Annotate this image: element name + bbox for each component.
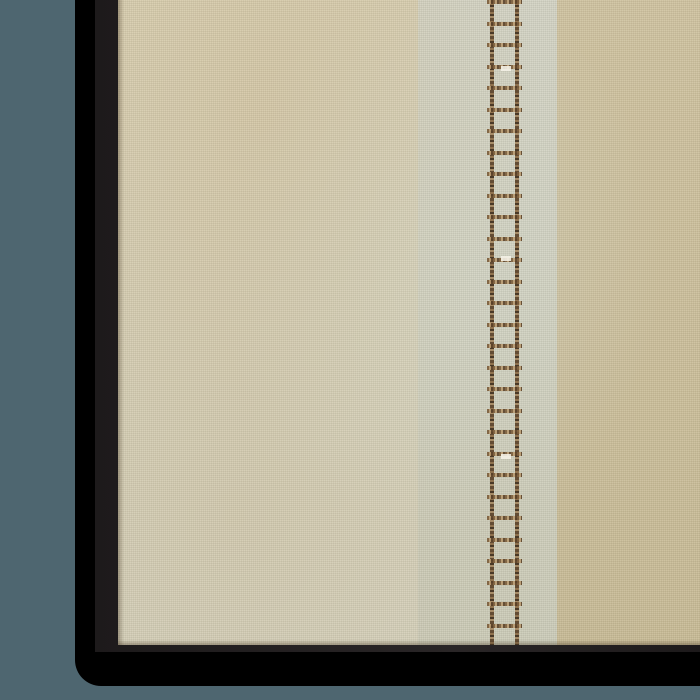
ladder-rung bbox=[487, 430, 522, 434]
canvas-artwork bbox=[118, 0, 700, 645]
ladder-rung bbox=[487, 581, 522, 585]
ladder-rung bbox=[487, 473, 522, 477]
ladder-rung bbox=[487, 108, 522, 112]
stitch-highlight bbox=[501, 454, 511, 459]
ladder-rung bbox=[487, 602, 522, 606]
ladder-rung bbox=[487, 22, 522, 26]
ladder-rung bbox=[487, 151, 522, 155]
stitch-highlight bbox=[501, 256, 511, 261]
canvas-bottom-edge bbox=[118, 640, 700, 645]
ladder-rung bbox=[487, 172, 522, 176]
ladder-rung bbox=[487, 366, 522, 370]
canvas-left-edge bbox=[118, 0, 124, 645]
ladder-rung bbox=[487, 516, 522, 520]
ladder-rung bbox=[487, 323, 522, 327]
ladder-rung bbox=[487, 495, 522, 499]
ladder-rung bbox=[487, 86, 522, 90]
ladder-rung bbox=[487, 129, 522, 133]
ladder-rung bbox=[487, 301, 522, 305]
ladder-rung bbox=[487, 0, 522, 4]
ladder-rung bbox=[487, 559, 522, 563]
ladder-rung bbox=[487, 215, 522, 219]
right-tan-band bbox=[557, 0, 700, 645]
ladder-rung bbox=[487, 538, 522, 542]
ladder-rung bbox=[487, 280, 522, 284]
stitch-highlight bbox=[501, 66, 511, 71]
ladder-rung bbox=[487, 409, 522, 413]
ladder-rung bbox=[487, 43, 522, 47]
ladder-rung bbox=[487, 387, 522, 391]
ladder-rung bbox=[487, 624, 522, 628]
left-cream-band bbox=[118, 0, 418, 645]
ladder-rung bbox=[487, 194, 522, 198]
ladder-rung bbox=[487, 344, 522, 348]
product-photo bbox=[0, 0, 700, 700]
ladder-rung bbox=[487, 237, 522, 241]
